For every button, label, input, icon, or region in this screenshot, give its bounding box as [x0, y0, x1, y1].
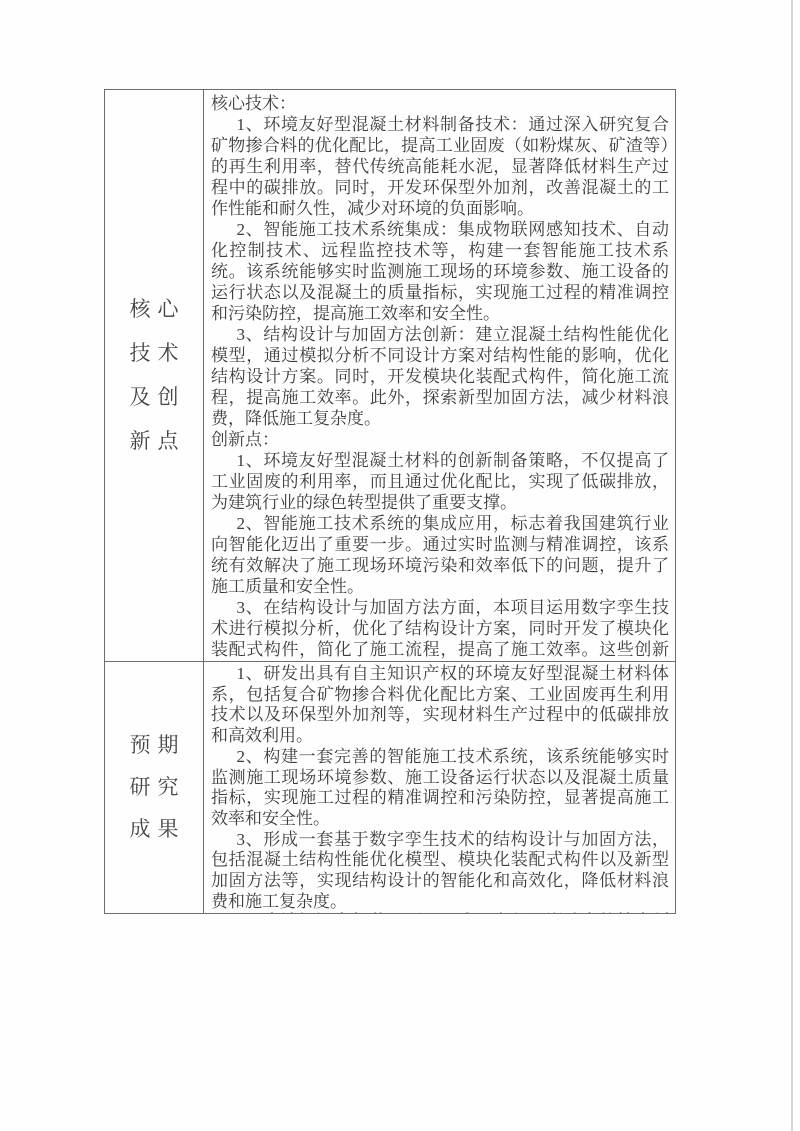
paragraph: 2、智能施工技术系统集成：集成物联网感知技术、自动化控制技术、远程监控技术等，构…	[211, 219, 669, 324]
paragraph: 4、申请知识产权若干项，形成具有行业影响力的技术创新成果。	[211, 912, 669, 913]
header-line: 预期	[130, 735, 186, 756]
section-title-innovation-points: 创新点：	[211, 429, 669, 450]
row-header-core-tech-innovation: 核心 技术 及创 新点	[105, 90, 204, 662]
expected-results-content: 1、研发出具有自主知识产权的环境友好型混凝土材料体系，包括复合矿物掺合料优化配比…	[204, 662, 675, 913]
project-info-table: 核心 技术 及创 新点 核心技术： 1、环境友好型混凝土材料制备技术：通过深入研…	[104, 89, 676, 914]
header-line: 及创	[130, 387, 186, 408]
header-line: 技术	[130, 343, 186, 364]
header-line: 核心	[130, 299, 186, 320]
scan-edge-line	[791, 0, 793, 1131]
header-line: 成果	[130, 819, 186, 840]
paragraph: 1、环境友好型混凝土材料的创新制备策略，不仅提高了工业固废的利用率，而且通过优化…	[211, 450, 669, 513]
paragraph: 2、构建一套完善的智能施工技术系统，该系统能够实时监测施工现场环境参数、施工设备…	[211, 747, 669, 830]
core-tech-innovation-content: 核心技术： 1、环境友好型混凝土材料制备技术：通过深入研究复合矿物掺合料的优化配…	[204, 90, 675, 662]
paragraph: 3、在结构设计与加固方法方面，本项目运用数字孪生技术进行模拟分析，优化了结构设计…	[211, 597, 669, 662]
header-line: 新点	[130, 431, 186, 452]
paragraph: 2、智能施工技术系统的集成应用，标志着我国建筑行业向智能化迈出了重要一步。通过实…	[211, 513, 669, 597]
scanned-document-page: { "colors": { "table_border": "#6d6d6d",…	[0, 0, 800, 1131]
header-line: 研究	[130, 777, 186, 798]
section-title-core-tech: 核心技术：	[211, 93, 669, 114]
paragraph: 1、研发出具有自主知识产权的环境友好型混凝土材料体系，包括复合矿物掺合料优化配比…	[211, 664, 669, 747]
row-header-expected-results: 预期 研究 成果	[105, 662, 204, 913]
paragraph: 1、环境友好型混凝土材料制备技术：通过深入研究复合矿物掺合料的优化配比，提高工业…	[211, 114, 669, 219]
paragraph: 3、结构设计与加固方法创新：建立混凝土结构性能优化模型，通过模拟分析不同设计方案…	[211, 324, 669, 429]
paragraph: 3、形成一套基于数字孪生技术的结构设计与加固方法，包括混凝土结构性能优化模型、模…	[211, 830, 669, 913]
